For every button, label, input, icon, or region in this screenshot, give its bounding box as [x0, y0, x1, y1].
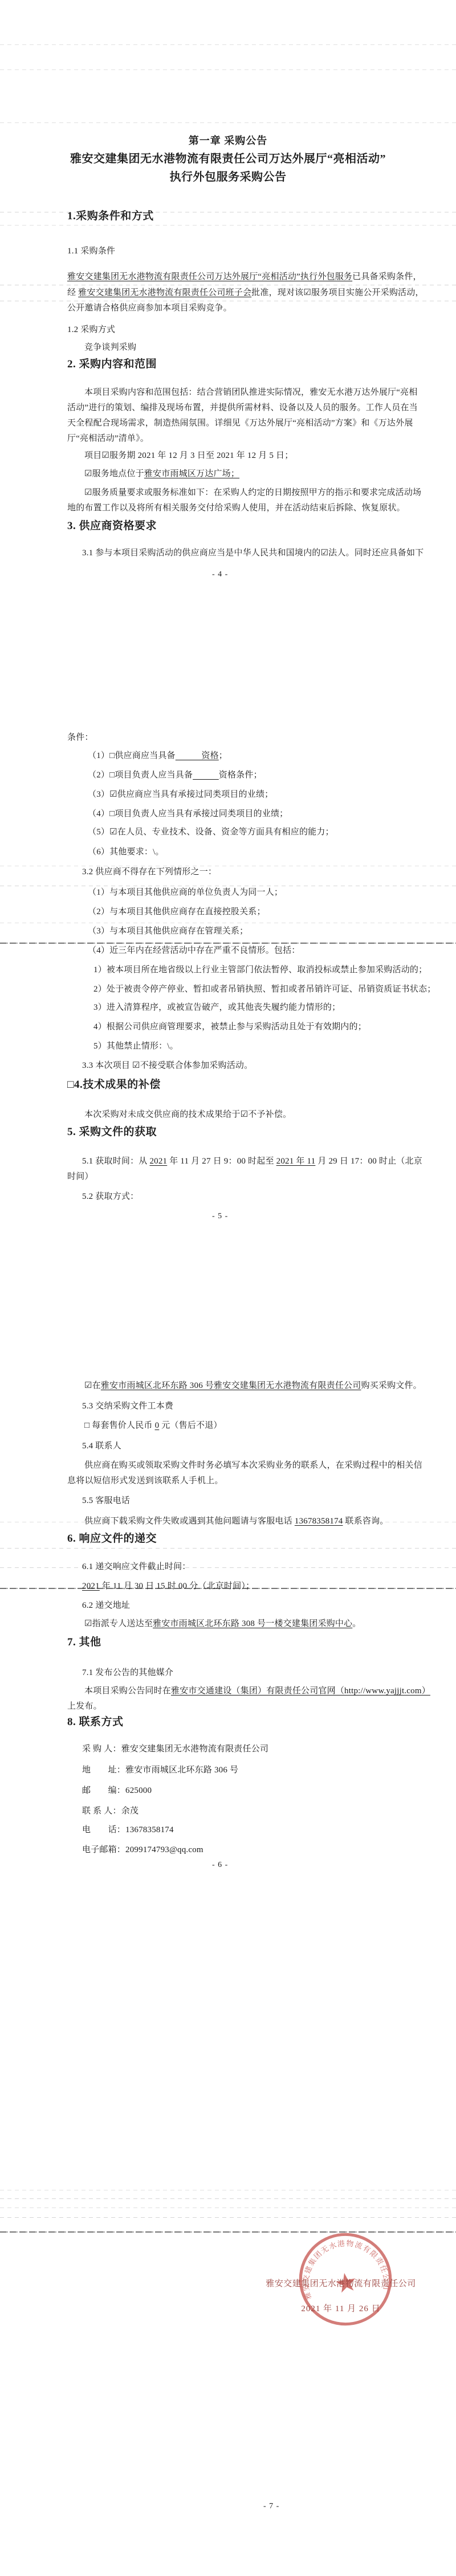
doc-line: 4）根据公司供应商管理要求，被禁止参与采购活动且处于有效期内的； — [93, 1022, 412, 1033]
doc-text: 执行外包服务采购公告 — [170, 171, 287, 183]
doc-text: 5.5 客服电话 — [82, 1496, 130, 1505]
doc-text: 月 29 日 17：00 时止（北京 — [315, 1157, 422, 1166]
doc-text: （5）☑在人员、专业技术、设备、资金等方面具有相应的能力； — [88, 828, 334, 837]
doc-line: □ 每套售价人民币 0 元（售后不退） — [84, 1420, 412, 1432]
signature-date: 2021 年 11 月 26 日 — [233, 2302, 449, 2314]
doc-line: 供应商在购买或领取采购文件时务必填写本次采购业务的联系人，在采购过程中的相关信 — [84, 1460, 412, 1472]
doc-text: （4）□项目负责人应当具有承接过同类项目的业绩； — [88, 809, 288, 818]
doc-line: 本项目采购公告同时在雅安市交通建设（集团）有限责任公司官网（http://www… — [84, 1686, 412, 1697]
doc-text: 第一章 采购公告 — [189, 135, 268, 146]
doc-line: 地 址：雅安市雨城区北环东路 306 号 — [82, 1765, 412, 1776]
scan-artifact-line — [0, 923, 456, 923]
doc-text: 6.2 递交地址 — [82, 1601, 130, 1610]
doc-text: 电子邮箱：2099174793@qq.com — [82, 1845, 203, 1854]
doc-text: 地的布置工作以及将所有相关服务交付给采购人使用，并在活动结束后拆除、恢复原状。 — [67, 503, 405, 513]
doc-line: 1.2 采购方式 — [67, 325, 412, 336]
doc-text: 供应商下载采购文件失败或遇到其他问题请与客服电话 — [84, 1517, 295, 1526]
doc-text: 7. 其他 — [67, 1636, 101, 1648]
doc-line: 雅安交建集团无水港物流有限责任公司万达外展厅“亮相活动”执行外包服务已具备采购条… — [67, 272, 412, 283]
doc-text: 项目☑服务期 2021 年 12 月 3 日至 2021 年 12 月 5 日； — [84, 451, 293, 460]
section-heading: 6. 响应文件的递交 — [67, 1532, 412, 1546]
scan-artifact-line — [0, 2190, 456, 2190]
doc-text: 购买采购文件。 — [361, 1381, 421, 1390]
doc-text: 雅安交建集团无水港物流有限责任公司万达外展厅“亮相活动”执行外包服务 — [67, 272, 352, 281]
section-heading: 3. 供应商资格要求 — [67, 519, 412, 534]
doc-line: （4）□项目负责人应当具有承接过同类项目的业绩； — [88, 809, 412, 820]
doc-text: 元（售后不退） — [159, 1421, 222, 1430]
doc-line: 7.1 发布公告的其他媒介 — [82, 1668, 412, 1679]
doc-line: 1）被本项目所在地省级以上行业主管部门依法暂停、取消投标或禁止参加采购活动的； — [93, 965, 412, 976]
doc-text: 2021 — [82, 1582, 100, 1591]
doc-text: （4）近三年内在经营活动中存在严重不良情形。包括： — [88, 946, 300, 955]
doc-text: 3. 供应商资格要求 — [67, 520, 157, 532]
doc-text: 13678358174 — [295, 1517, 343, 1526]
doc-text: ☑指派专人送达至 — [84, 1619, 153, 1628]
doc-line: 5）其他禁止情形：\。 — [93, 1041, 412, 1052]
doc-line: 2021 年 11 月 30 日 15 时 00 分（北京时间）； — [82, 1581, 412, 1592]
doc-line: 天全程配合现场需求，制造热闹氛围。详细见《万达外展厅“亮相活动”方案》和《万达外… — [67, 418, 412, 429]
doc-text: 6.1 递交响应文件截止时间： — [82, 1562, 191, 1571]
doc-line: （3）与本项目其他供应商存在管理关系； — [88, 926, 412, 937]
doc-line: 条件： — [67, 732, 412, 744]
doc-line: 5.3 交纳采购文件工本费 — [82, 1401, 412, 1412]
doc-line: （2）与本项目其他供应商存在直接控股关系； — [88, 907, 412, 918]
doc-line: 3）进入清算程序，或被宣告破产，或其他丧失履约能力情形的； — [93, 1002, 412, 1014]
section-heading: 1.采购条件和方式 — [67, 210, 412, 224]
doc-text: 5.2 获取方式： — [82, 1192, 139, 1201]
doc-text: 7.1 发布公告的其他媒介 — [82, 1668, 173, 1677]
scan-artifact-line — [0, 886, 456, 886]
doc-text: ☑服务地点位于 — [84, 469, 144, 478]
scan-artifact-line — [0, 122, 456, 123]
doc-text: 竞争谈判采购 — [84, 343, 136, 352]
doc-line: （6）其他要求：\。 — [88, 847, 412, 858]
scan-artifact-line — [0, 285, 456, 285]
doc-text: 厅“亮相活动”清单》。 — [67, 434, 149, 443]
doc-line: （3）☑供应商应当具有承接过同类项目的业绩； — [88, 789, 412, 801]
doc-line: 竞争谈判采购 — [84, 342, 412, 354]
doc-text: （1）与本项目其他供应商的单位负责人为同一人； — [88, 888, 283, 897]
doc-line: 厅“亮相活动”清单》。 — [67, 433, 412, 445]
section-heading: 2. 采购内容和范围 — [67, 358, 412, 372]
doc-line: ☑在雅安市雨城区北环东路 306 号雅安交建集团无水港物流有限责任公司购买采购文… — [84, 1381, 412, 1392]
doc-text: （1）□供应商应当具备 — [88, 751, 176, 760]
doc-text: 2021 年 11 — [276, 1157, 316, 1166]
doc-line: 本次采购对未成交供应商的技术成果给于☑不予补偿。 — [84, 1109, 412, 1121]
section-heading: 7. 其他 — [67, 1636, 412, 1650]
doc-text: - 7 - — [263, 2502, 279, 2511]
doc-text: 上发布。 — [67, 1702, 102, 1711]
doc-text: 1.1 采购条件 — [67, 247, 115, 256]
doc-text: 时间） — [67, 1172, 93, 1181]
doc-line: ☑服务质量要求或服务标准如下：在采购人约定的日期按照甲方的指示和要求完成活动场 — [84, 488, 412, 499]
page-number: - 5 - — [212, 1211, 228, 1222]
doc-line: 项目☑服务期 2021 年 12 月 3 日至 2021 年 12 月 5 日； — [84, 451, 412, 462]
doc-text — [193, 771, 219, 780]
doc-text: □4.技术成果的补偿 — [67, 1079, 161, 1091]
doc-text: 雅安市雨城区北环东路 306 号雅安交建集团无水港物流有限责任公司 — [101, 1381, 361, 1390]
doc-line: 联 系 人：余茂 — [82, 1806, 412, 1817]
doc-text: 年 11 月 30 日 15 时 00 分（北京时间）； — [100, 1582, 255, 1591]
scan-artifact-line — [0, 866, 456, 866]
doc-text: （2）与本项目其他供应商存在直接控股关系； — [88, 907, 266, 916]
scan-artifact-line — [0, 69, 456, 70]
doc-text: - 5 - — [212, 1212, 228, 1221]
doc-text: 联系咨询。 — [343, 1517, 388, 1526]
doc-text: 2021 — [149, 1157, 167, 1166]
doc-text: 资格 — [176, 751, 219, 760]
doc-line: 6.1 递交响应文件截止时间： — [82, 1562, 412, 1573]
doc-line: 5.4 联系人 — [82, 1441, 412, 1452]
doc-text: 本项目采购公告同时在 — [84, 1686, 171, 1696]
doc-line: 供应商下载采购文件失败或遇到其他问题请与客服电话 13678358174 联系咨… — [84, 1516, 412, 1527]
scan-artifact-line — [0, 301, 456, 301]
doc-line: （1）与本项目其他供应商的单位负责人为同一人； — [88, 887, 412, 899]
doc-line: （2）□项目负责人应当具备 资格条件； — [88, 770, 412, 781]
section-heading: □4.技术成果的补偿 — [67, 1078, 412, 1092]
doc-text: 电 话：13678358174 — [82, 1825, 174, 1834]
doc-line: 1.1 采购条件 — [67, 246, 412, 257]
doc-line: （1）□供应商应当具备 资格； — [88, 751, 412, 762]
chapter-heading: 第一章 采购公告 — [0, 134, 456, 148]
scan-artifact-line — [0, 2217, 456, 2218]
doc-text: 1.采购条件和方式 — [67, 210, 154, 222]
doc-text: 雅安交建集团无水港物流有限责任公司班子会 — [78, 288, 251, 297]
doc-text: 5）其他禁止情形：\。 — [93, 1042, 178, 1051]
doc-text: 3）进入清算程序，或被宣告破产，或其他丧失履约能力情形的； — [93, 1003, 340, 1012]
doc-text: 天全程配合现场需求，制造热闹氛围。详细见《万达外展厅“亮相活动”方案》和《万达外… — [67, 419, 413, 428]
scan-artifact-line — [0, 2208, 456, 2208]
signature-company-name: 雅安交建集团无水港物流有限责任公司 — [233, 2277, 449, 2289]
doc-text: 6. 响应文件的递交 — [67, 1533, 157, 1545]
scan-artifact-line — [0, 2198, 456, 2199]
page-number: - 4 - — [212, 570, 228, 580]
doc-text: 已具备采购条件， — [352, 272, 422, 281]
doc-line: 2）处于被责令停产停业、暂扣或者吊销执照、暂扣或者吊销许可证、吊销资质证书状态； — [93, 984, 412, 996]
section-heading: 8. 联系方式 — [67, 1715, 412, 1730]
doc-line: 5.1 获取时间：从 2021 年 11 月 27 日 9：00 时起至 202… — [82, 1156, 412, 1168]
doc-text: 5.3 交纳采购文件工本费 — [82, 1402, 173, 1411]
scan-artifact-line — [0, 943, 456, 944]
doc-line: 地的布置工作以及将所有相关服务交付给采购人使用，并在活动结束后拆除、恢复原状。 — [67, 503, 412, 514]
doc-line: 时间） — [67, 1172, 412, 1183]
doc-text: - 6 - — [212, 1861, 228, 1869]
doc-text: 5.1 获取时间：从 — [82, 1157, 149, 1166]
doc-text: （3）与本项目其他供应商存在管理关系； — [88, 927, 248, 936]
doc-line: 5.5 客服电话 — [82, 1496, 412, 1507]
doc-line: ☑服务地点位于雅安市雨城区万达广场； — [84, 469, 412, 480]
scan-artifact-line — [0, 225, 456, 226]
doc-text: 经 — [67, 288, 78, 297]
doc-text: ☑服务质量要求或服务标准如下：在采购人约定的日期按照甲方的指示和要求完成活动场 — [84, 488, 421, 497]
doc-line: 3.3 本次项目 ☑不接受联合体参加采购活动。 — [82, 1060, 412, 1072]
doc-line: 公开邀请合格供应商参加本项目采购竞争。 — [67, 303, 412, 314]
doc-text: 雅安市雨城区万达广场； — [144, 469, 239, 478]
doc-text: 供应商在购买或领取采购文件时务必填写本次采购业务的联系人，在采购过程中的相关信 — [84, 1461, 422, 1470]
doc-text: （6）其他要求：\。 — [88, 847, 164, 857]
doc-line: 活动”进行的策划、编排及现场布置，并提供所需材料、设备以及人员的服务。工作人员在… — [67, 403, 412, 414]
doc-text: 。 — [352, 1619, 361, 1628]
doc-text: 2. 采购内容和范围 — [67, 358, 157, 370]
doc-line: 6.2 递交地址 — [82, 1600, 412, 1612]
doc-text: 雅安交建集团无水港物流有限责任公司万达外展厅“亮相活动” — [70, 153, 386, 165]
doc-text: （2）□项目负责人应当具备 — [88, 771, 193, 780]
page-number: - 7 - — [263, 2501, 279, 2512]
doc-line: ☑指派专人送达至雅安市雨城区北环东路 308 号一楼交建集团采购中心。 — [84, 1619, 412, 1630]
doc-text: 条件： — [67, 733, 93, 742]
doc-text: 邮 编：625000 — [82, 1786, 152, 1795]
doc-text: 年 11 月 27 日 9：00 时起至 — [167, 1157, 276, 1166]
scan-artifact-line — [0, 1548, 456, 1549]
doc-text: ☑在 — [84, 1381, 101, 1390]
doc-line: 3.1 参与本项目采购活动的供应商应当是中华人民共和国境内的☑法人。同时还应具备… — [82, 548, 412, 559]
doc-text: 联 系 人：余茂 — [82, 1807, 139, 1816]
doc-line: 本项目采购内容和范围包括：结合营销团队推进实际情况，雅安无水港万达外展厅“亮相 — [84, 387, 412, 399]
page-number: - 6 - — [212, 1860, 228, 1870]
doc-text: - 4 - — [212, 570, 228, 579]
doc-line: 邮 编：625000 — [82, 1785, 412, 1797]
doc-line: 经 雅安交建集团无水港物流有限责任公司班子会批准，现对该☑服务项目实施公开采购活… — [67, 288, 412, 299]
doc-text: 活动”进行的策划、编排及现场布置，并提供所需材料、设备以及人员的服务。工作人员在… — [67, 403, 418, 412]
scanned-document-page: 第一章 采购公告雅安交建集团无水港物流有限责任公司万达外展厅“亮相活动”执行外包… — [0, 0, 456, 2576]
doc-line: （4）近三年内在经营活动中存在严重不良情形。包括： — [88, 945, 412, 957]
document-title-line: 雅安交建集团无水港物流有限责任公司万达外展厅“亮相活动” — [0, 151, 456, 166]
scan-artifact-line — [0, 44, 456, 45]
doc-text: 4）根据公司供应商管理要求，被禁止参与采购活动且处于有效期内的； — [93, 1022, 367, 1031]
doc-text: 本次采购对未成交供应商的技术成果给于☑不予补偿。 — [84, 1110, 291, 1119]
doc-text: ； — [219, 751, 227, 760]
doc-text: 息将以短信形式发送到该联系人手机上。 — [67, 1476, 223, 1485]
doc-line: 电子邮箱：2099174793@qq.com — [82, 1845, 412, 1856]
document-title-line: 执行外包服务采购公告 — [0, 170, 456, 185]
doc-text: 5. 采购文件的获取 — [67, 1126, 157, 1138]
doc-text: 1.2 采购方式 — [67, 325, 115, 334]
doc-text: 公开邀请合格供应商参加本项目采购竞争。 — [67, 304, 232, 313]
doc-line: （5）☑在人员、专业技术、设备、资金等方面具有相应的能力； — [88, 827, 412, 838]
section-heading: 5. 采购文件的获取 — [67, 1125, 412, 1140]
doc-text: （3）☑供应商应当具有承接过同类项目的业绩； — [88, 790, 273, 799]
doc-line: 采 购 人：雅安交建集团无水港物流有限责任公司 — [82, 1744, 412, 1755]
doc-text: 1）被本项目所在地省级以上行业主管部门依法暂停、取消投标或禁止参加采购活动的； — [93, 965, 427, 974]
doc-line: 5.2 获取方式： — [82, 1191, 412, 1203]
doc-line: 上发布。 — [67, 1701, 412, 1713]
doc-text: 3.3 本次项目 ☑不接受联合体参加采购活动。 — [82, 1061, 253, 1070]
doc-text: 3.1 参与本项目采购活动的供应商应当是中华人民共和国境内的☑法人。同时还应具备… — [82, 548, 424, 558]
doc-line: 电 话：13678358174 — [82, 1825, 412, 1836]
doc-line: 息将以短信形式发送到该联系人手机上。 — [67, 1476, 412, 1487]
doc-text: 地 址：雅安市雨城区北环东路 306 号 — [82, 1766, 238, 1775]
doc-text: □ 每套售价人民币 — [84, 1421, 155, 1430]
doc-text: 2）处于被责令停产停业、暂扣或者吊销执照、暂扣或者吊销许可证、吊销资质证书状态； — [93, 985, 436, 994]
doc-text: 本项目采购内容和范围包括：结合营销团队推进实际情况，雅安无水港万达外展厅“亮相 — [84, 388, 417, 397]
doc-text: 雅安市雨城区北环东路 308 号一楼交建集团采购中心 — [153, 1619, 352, 1628]
doc-text: 采 购 人：雅安交建集团无水港物流有限责任公司 — [82, 1744, 268, 1754]
doc-text: 批准，现对该☑服务项目实施公开采购活动， — [251, 288, 424, 297]
doc-line: 3.2 供应商不得存在下列情形之一： — [82, 867, 412, 878]
doc-text: 雅安市交通建设（集团）有限责任公司官网（http://www.yajjjt.co… — [171, 1686, 430, 1696]
doc-text: 8. 联系方式 — [67, 1716, 124, 1728]
doc-text: 5.4 联系人 — [82, 1441, 121, 1451]
doc-text: 3.2 供应商不得存在下列情形之一： — [82, 867, 217, 877]
doc-text: 资格条件； — [219, 771, 262, 780]
